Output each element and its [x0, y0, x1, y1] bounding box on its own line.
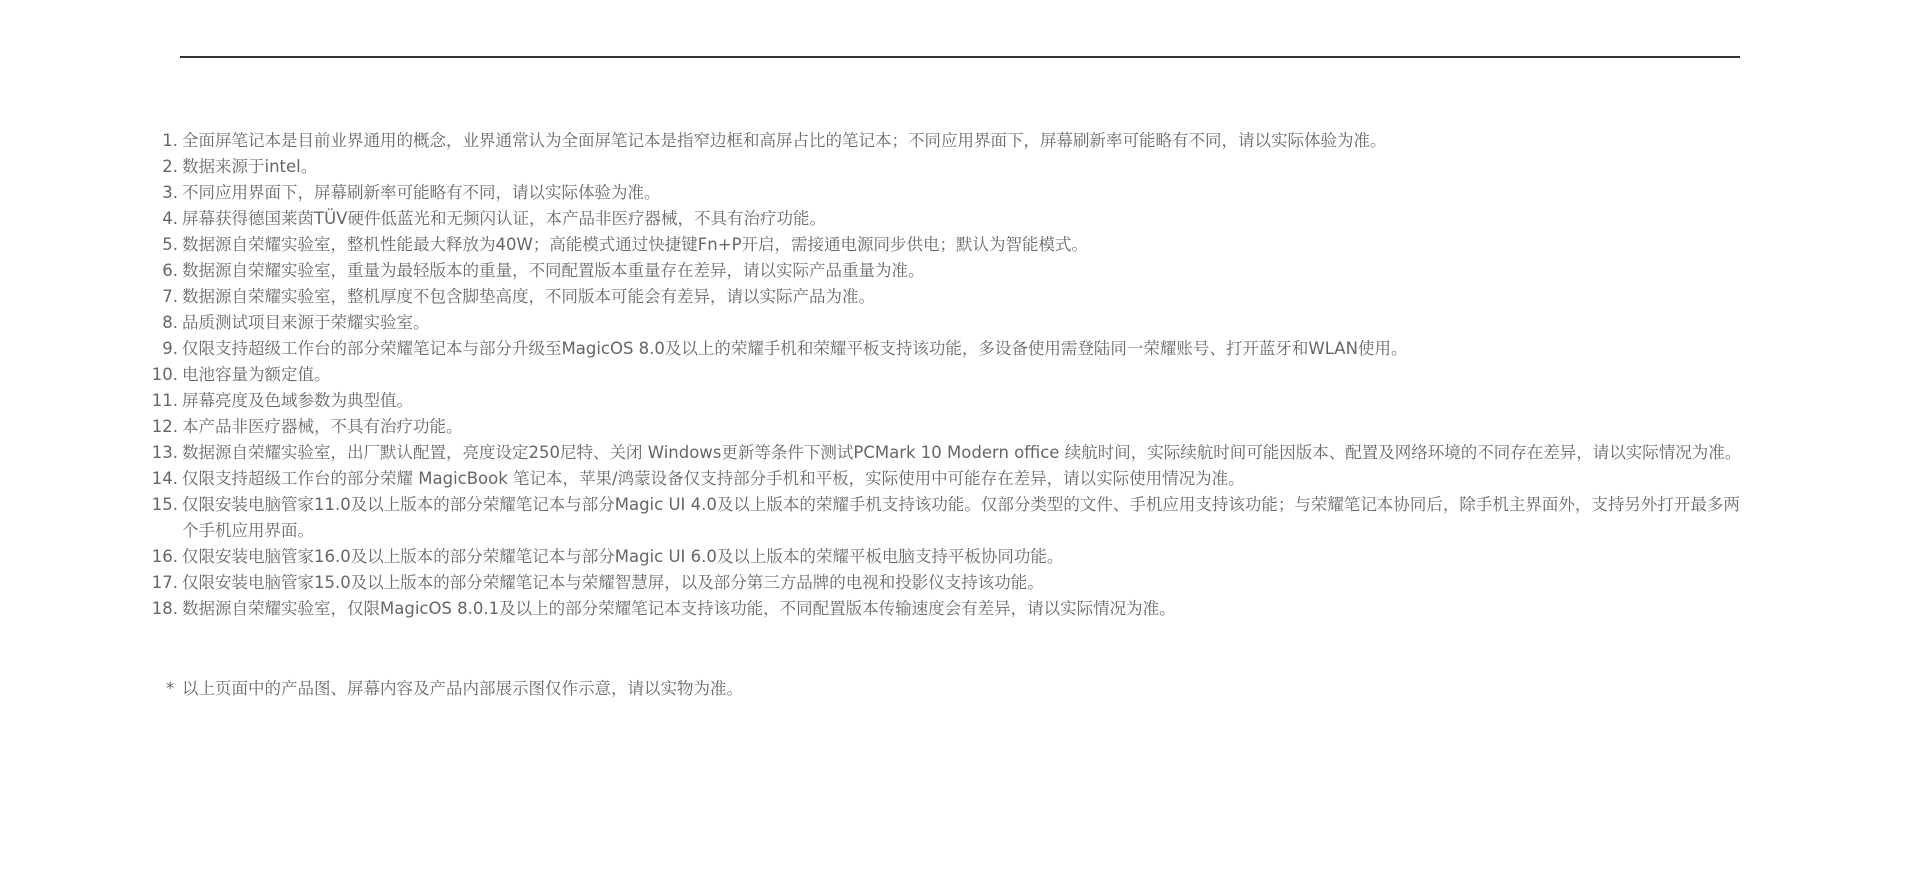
- footnote-item: 6.数据源自荣耀实验室，重量为最轻版本的重量，不同配置版本重量存在差异，请以实际…: [130, 258, 1770, 284]
- footnote-text: 屏幕亮度及色域参数为典型值。: [182, 388, 1752, 414]
- footnote-number: 3.: [130, 180, 182, 206]
- footnote-text: 屏幕获得德国莱茵TÜV硬件低蓝光和无频闪认证，本产品非医疗器械，不具有治疗功能。: [182, 206, 1752, 232]
- footnote-text: 品质测试项目来源于荣耀实验室。: [182, 310, 1752, 336]
- footnote-item: 16.仅限安装电脑管家16.0及以上版本的部分荣耀笔记本与部分Magic UI …: [130, 544, 1770, 570]
- footnote-number: 16.: [130, 544, 182, 570]
- footnote-text: 仅限支持超级工作台的部分荣耀笔记本与部分升级至MagicOS 8.0及以上的荣耀…: [182, 336, 1752, 362]
- footnote-item: 8.品质测试项目来源于荣耀实验室。: [130, 310, 1770, 336]
- footnote-number: 6.: [130, 258, 182, 284]
- footnote-text: 仅限支持超级工作台的部分荣耀 MagicBook 笔记本，苹果/鸿蒙设备仅支持部…: [182, 466, 1752, 492]
- footnote-number: 13.: [130, 440, 182, 466]
- footnote-item: 3.不同应用界面下，屏幕刷新率可能略有不同，请以实际体验为准。: [130, 180, 1770, 206]
- footnote-number: 18.: [130, 596, 182, 622]
- footnote-number: 2.: [130, 154, 182, 180]
- footnotes-list: 1.全面屏笔记本是目前业界通用的概念，业界通常认为全面屏笔记本是指窄边框和高屏占…: [130, 128, 1770, 622]
- disclaimer-text: 以上页面中的产品图、屏幕内容及产品内部展示图仅作示意，请以实物为准。: [182, 676, 743, 702]
- asterisk-mark: *: [166, 676, 182, 702]
- footnote-item: 14.仅限支持超级工作台的部分荣耀 MagicBook 笔记本，苹果/鸿蒙设备仅…: [130, 466, 1770, 492]
- footnote-number: 5.: [130, 232, 182, 258]
- footnote-item: 1.全面屏笔记本是目前业界通用的概念，业界通常认为全面屏笔记本是指窄边框和高屏占…: [130, 128, 1770, 154]
- footnote-item: 10.电池容量为额定值。: [130, 362, 1770, 388]
- footnote-text: 仅限安装电脑管家11.0及以上版本的部分荣耀笔记本与部分Magic UI 4.0…: [182, 492, 1752, 544]
- footnote-number: 12.: [130, 414, 182, 440]
- footnote-item: 9.仅限支持超级工作台的部分荣耀笔记本与部分升级至MagicOS 8.0及以上的…: [130, 336, 1770, 362]
- footnote-item: 17.仅限安装电脑管家15.0及以上版本的部分荣耀笔记本与荣耀智慧屏，以及部分第…: [130, 570, 1770, 596]
- footnote-item: 5.数据源自荣耀实验室，整机性能最大释放为40W；高能模式通过快捷键Fn+P开启…: [130, 232, 1770, 258]
- footnote-item: 12.本产品非医疗器械，不具有治疗功能。: [130, 414, 1770, 440]
- section-divider: [180, 56, 1740, 58]
- footnote-number: 11.: [130, 388, 182, 414]
- footnote-text: 数据源自荣耀实验室，重量为最轻版本的重量，不同配置版本重量存在差异，请以实际产品…: [182, 258, 1752, 284]
- footnote-text: 电池容量为额定值。: [182, 362, 1752, 388]
- footnote-number: 1.: [130, 128, 182, 154]
- footnote-item: 2.数据来源于intel。: [130, 154, 1770, 180]
- footnote-number: 17.: [130, 570, 182, 596]
- footnote-text: 数据来源于intel。: [182, 154, 1752, 180]
- footnote-number: 8.: [130, 310, 182, 336]
- footnote-item: 13.数据源自荣耀实验室，出厂默认配置，亮度设定250尼特、关闭 Windows…: [130, 440, 1770, 466]
- footnote-number: 14.: [130, 466, 182, 492]
- footnote-item: 11.屏幕亮度及色域参数为典型值。: [130, 388, 1770, 414]
- footnote-number: 15.: [130, 492, 182, 518]
- footnote-text: 数据源自荣耀实验室，整机性能最大释放为40W；高能模式通过快捷键Fn+P开启，需…: [182, 232, 1752, 258]
- footnote-text: 仅限安装电脑管家15.0及以上版本的部分荣耀笔记本与荣耀智慧屏，以及部分第三方品…: [182, 570, 1752, 596]
- footnote-text: 全面屏笔记本是目前业界通用的概念，业界通常认为全面屏笔记本是指窄边框和高屏占比的…: [182, 128, 1752, 154]
- footnote-item: 18.数据源自荣耀实验室，仅限MagicOS 8.0.1及以上的部分荣耀笔记本支…: [130, 596, 1770, 622]
- footnote-number: 7.: [130, 284, 182, 310]
- footnote-item: 15.仅限安装电脑管家11.0及以上版本的部分荣耀笔记本与部分Magic UI …: [130, 492, 1770, 544]
- footnote-text: 数据源自荣耀实验室，整机厚度不包含脚垫高度，不同版本可能会有差异，请以实际产品为…: [182, 284, 1752, 310]
- footnote-number: 10.: [130, 362, 182, 388]
- footnote-text: 本产品非医疗器械，不具有治疗功能。: [182, 414, 1752, 440]
- footnote-item: 4.屏幕获得德国莱茵TÜV硬件低蓝光和无频闪认证，本产品非医疗器械，不具有治疗功…: [130, 206, 1770, 232]
- image-disclaimer: * 以上页面中的产品图、屏幕内容及产品内部展示图仅作示意，请以实物为准。: [166, 676, 743, 702]
- footnote-text: 数据源自荣耀实验室，仅限MagicOS 8.0.1及以上的部分荣耀笔记本支持该功…: [182, 596, 1752, 622]
- footnote-text: 数据源自荣耀实验室，出厂默认配置，亮度设定250尼特、关闭 Windows更新等…: [182, 440, 1752, 466]
- footnote-number: 9.: [130, 336, 182, 362]
- footnote-text: 不同应用界面下，屏幕刷新率可能略有不同，请以实际体验为准。: [182, 180, 1752, 206]
- footnote-item: 7.数据源自荣耀实验室，整机厚度不包含脚垫高度，不同版本可能会有差异，请以实际产…: [130, 284, 1770, 310]
- footnote-number: 4.: [130, 206, 182, 232]
- footnote-text: 仅限安装电脑管家16.0及以上版本的部分荣耀笔记本与部分Magic UI 6.0…: [182, 544, 1752, 570]
